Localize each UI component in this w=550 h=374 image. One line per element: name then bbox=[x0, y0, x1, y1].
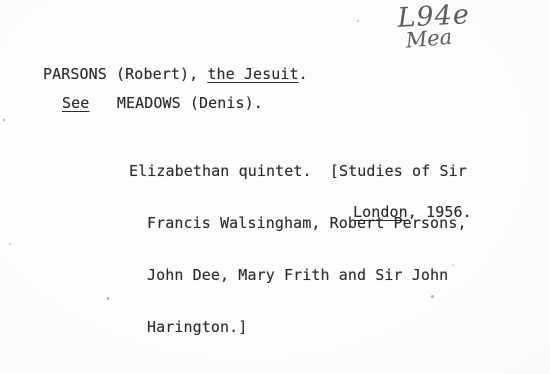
title-note: Elizabethan quintet. [Studies of Sir Fra… bbox=[129, 128, 467, 372]
scan-speck bbox=[452, 264, 454, 266]
call-number: L94e Mea bbox=[397, 1, 472, 51]
call-number-cutter: Mea bbox=[405, 25, 472, 52]
heading-epithet: the Jesuit bbox=[207, 65, 298, 83]
see-target-heading: MEADOWS (Denis). bbox=[117, 94, 263, 112]
scan-speck bbox=[357, 20, 359, 22]
heading-line: PARSONS (Robert), the Jesuit. bbox=[43, 66, 308, 83]
imprint-place: London bbox=[353, 203, 408, 221]
see-spacer bbox=[89, 94, 116, 112]
scan-speck bbox=[3, 119, 5, 121]
imprint-line: London, 1956. bbox=[353, 204, 472, 221]
scan-speck bbox=[107, 297, 109, 300]
see-word: See bbox=[62, 94, 89, 112]
see-reference-line: See MEADOWS (Denis). bbox=[62, 95, 263, 112]
scan-speck bbox=[9, 243, 11, 245]
heading-terminal: . bbox=[299, 65, 308, 83]
note-line: John Dee, Mary Frith and Sir John bbox=[147, 267, 467, 284]
catalog-card: L94e Mea PARSONS (Robert), the Jesuit. S… bbox=[0, 0, 550, 374]
heading-name: PARSONS (Robert), bbox=[43, 65, 207, 83]
scan-speck bbox=[431, 295, 434, 298]
imprint-date: , 1956. bbox=[408, 203, 472, 221]
note-line: Elizabethan quintet. [Studies of Sir bbox=[129, 163, 467, 180]
note-line: Harington.] bbox=[147, 319, 467, 336]
